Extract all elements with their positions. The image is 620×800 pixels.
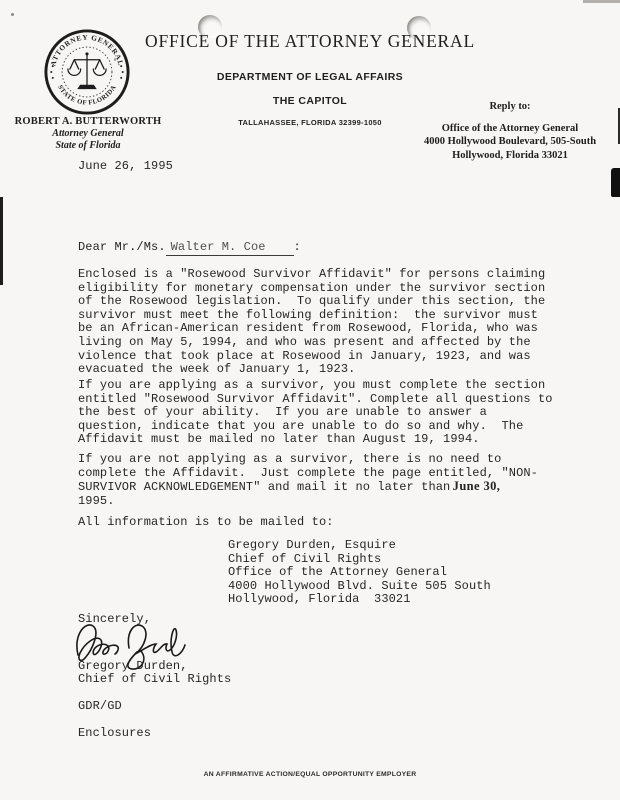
- paragraph-2: If you are applying as a survivor, you m…: [78, 379, 553, 447]
- reply-address-line: Office of the Attorney General: [410, 122, 610, 136]
- footer-eeo-line: AN AFFIRMATIVE ACTION/EQUAL OPPORTUNITY …: [0, 771, 620, 778]
- recipient-name: Walter M. Coe: [166, 240, 294, 256]
- mailing-address-block: Gregory Durden, Esquire Chief of Civil R…: [228, 539, 491, 607]
- scan-artifact-left-edge: [0, 197, 3, 285]
- scan-artifact-right-edge-blob: [611, 168, 620, 197]
- paragraph-1: Enclosed is a "Rosewood Survivor Affidav…: [78, 268, 545, 377]
- enclosures-line: Enclosures: [78, 727, 151, 741]
- reply-address-line: Hollywood, Florida 33021: [410, 149, 610, 163]
- salutation-colon: :: [294, 240, 301, 254]
- official-state: State of Florida: [8, 140, 168, 152]
- reference-initials: GDR/GD: [78, 700, 122, 714]
- mail-intro-line: All information is to be mailed to:: [78, 516, 334, 530]
- scan-artifact-top-right: [583, 0, 620, 3]
- reply-to-label: Reply to:: [410, 100, 610, 114]
- reply-to-block: Reply to: Office of the Attorney General…: [410, 100, 610, 162]
- salutation-prefix: Dear Mr./Ms.: [78, 240, 166, 254]
- signer-title-line: Chief of Civil Rights: [78, 673, 231, 687]
- date-line: June 26, 1995: [78, 160, 173, 174]
- stamped-date: June 30,: [453, 479, 501, 493]
- official-title: Attorney General: [8, 128, 168, 140]
- letter-page: ATTORNEY GENERAL STATE OF FLORIDA: [0, 0, 620, 800]
- department-line: DEPARTMENT OF LEGAL AFFAIRS: [100, 71, 520, 83]
- salutation-line: Dear Mr./Ms.Walter M. Coe:: [78, 241, 301, 255]
- paragraph-3-tail: 1995.: [78, 494, 115, 508]
- paragraph-3: If you are not applying as a survivor, t…: [78, 453, 538, 508]
- reply-address-line: 4000 Hollywood Boulevard, 505-South: [410, 135, 610, 149]
- office-title: OFFICE OF THE ATTORNEY GENERAL: [100, 31, 520, 52]
- scan-speck: [11, 13, 14, 16]
